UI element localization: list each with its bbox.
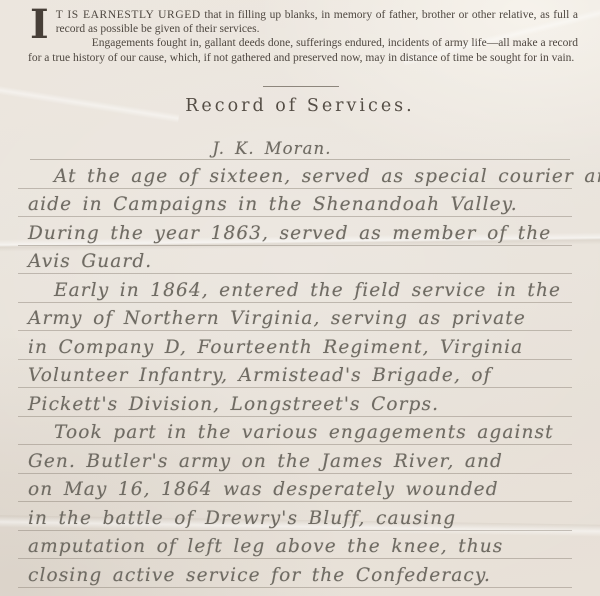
service-line: Army of Northern Virginia, serving as pr… xyxy=(18,303,572,332)
handwritten-text: in Company D, Fourteenth Regiment, Virgi… xyxy=(28,337,523,358)
section-divider-rule xyxy=(263,86,339,87)
handwritten-name: J. K. Moran. xyxy=(212,139,331,158)
record-of-services-page: IT IS EARNESTLY URGED that in filling up… xyxy=(0,0,600,596)
service-line: Pickett's Division, Longstreet's Corps. xyxy=(18,388,572,417)
handwritten-text: Volunteer Infantry, Armistead's Brigade,… xyxy=(28,365,492,386)
handwritten-text: on May 16, 1864 was desperately wounded xyxy=(28,479,499,500)
handwritten-text: closing active service for the Confedera… xyxy=(28,565,491,586)
service-line: in Company D, Fourteenth Regiment, Virgi… xyxy=(18,331,572,360)
handwritten-text: amputation of left leg above the knee, t… xyxy=(28,536,503,557)
handwritten-text: Took part in the various engagements aga… xyxy=(54,422,554,443)
service-line: Volunteer Infantry, Armistead's Brigade,… xyxy=(18,360,572,389)
handwritten-text: Avis Guard. xyxy=(28,251,152,272)
notice-paragraph-2: Engagements fought in, gallant deeds don… xyxy=(28,36,578,64)
service-line: Took part in the various engagements aga… xyxy=(18,417,572,446)
service-line: At the age of sixteen, served as special… xyxy=(18,160,572,189)
handwritten-text: During the year 1863, served as member o… xyxy=(28,223,551,244)
service-line: closing active service for the Confedera… xyxy=(18,559,572,588)
service-line: aide in Campaigns in the Shenandoah Vall… xyxy=(18,189,572,218)
soldier-name-line: J. K. Moran. xyxy=(30,131,570,160)
service-line: Gen. Butler's army on the James River, a… xyxy=(18,445,572,474)
printed-notice: IT IS EARNESTLY URGED that in filling up… xyxy=(28,8,578,65)
page-title: Record of Services. xyxy=(0,96,600,116)
service-line: Early in 1864, entered the field service… xyxy=(18,274,572,303)
service-line: During the year 1863, served as member o… xyxy=(18,217,572,246)
handwritten-text: aide in Campaigns in the Shenandoah Vall… xyxy=(28,194,518,215)
service-line: Avis Guard. xyxy=(18,246,572,275)
handwritten-text: At the age of sixteen, served as special… xyxy=(54,166,600,187)
notice-lead-caps: T IS EARNESTLY URGED xyxy=(56,9,201,21)
service-line: amputation of left leg above the knee, t… xyxy=(18,531,572,560)
service-line: in the battle of Drewry's Bluff, causing xyxy=(18,502,572,531)
service-line: on May 16, 1864 was desperately wounded xyxy=(18,474,572,503)
handwritten-text: Gen. Butler's army on the James River, a… xyxy=(28,451,503,472)
handwritten-text: in the battle of Drewry's Bluff, causing xyxy=(28,508,456,529)
drop-cap-letter: I xyxy=(30,10,49,38)
service-record-lines: At the age of sixteen, served as special… xyxy=(18,160,572,588)
handwritten-text: Pickett's Division, Longstreet's Corps. xyxy=(28,394,439,415)
handwritten-text: Early in 1864, entered the field service… xyxy=(54,280,561,301)
notice-paragraph-1: IT IS EARNESTLY URGED that in filling up… xyxy=(28,8,578,36)
handwritten-text: Army of Northern Virginia, serving as pr… xyxy=(28,308,526,329)
